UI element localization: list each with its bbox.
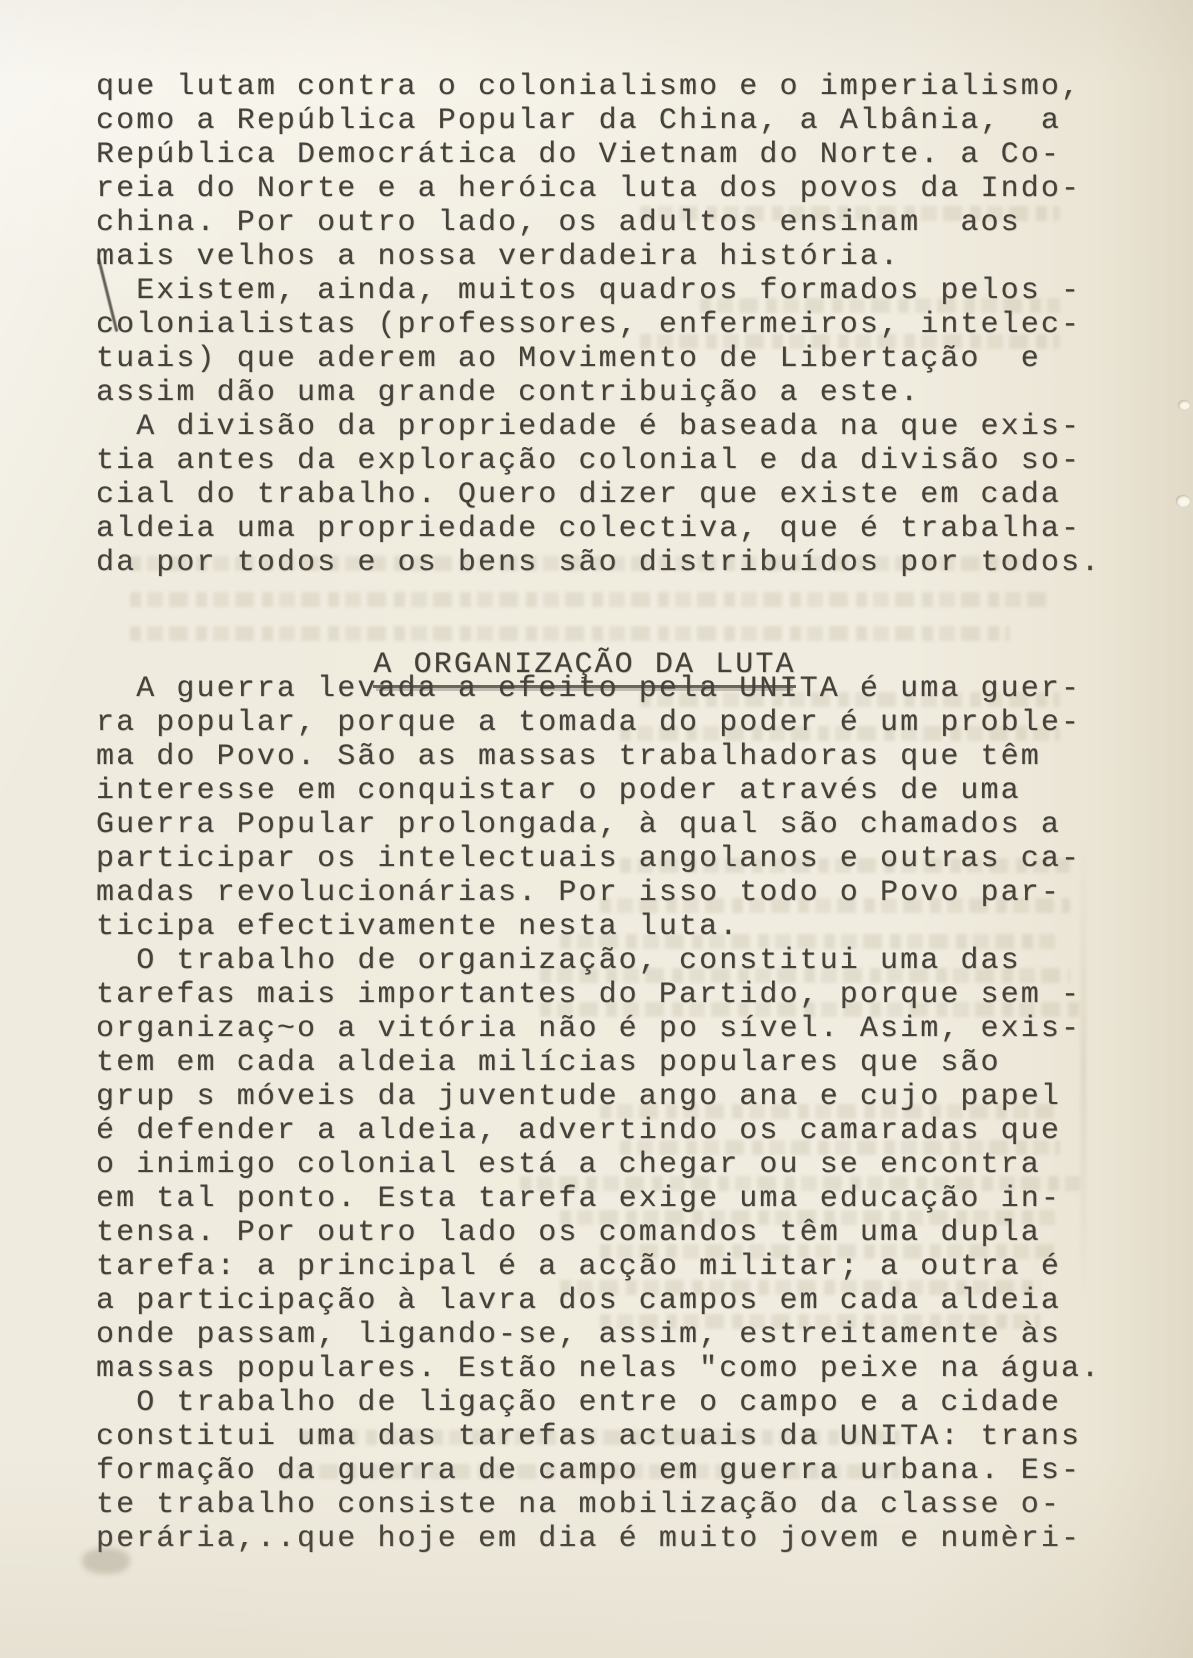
text-line: onde passam, ligando-se, assim, estreita… xyxy=(96,1318,1146,1352)
text-line: tuais) que aderem ao Movimento de Libert… xyxy=(96,342,1146,376)
paper-speck xyxy=(1178,400,1190,410)
paper-crease xyxy=(1082,840,1085,1300)
scanned-document-page: que lutam contra o colonialismo e o impe… xyxy=(0,0,1193,1658)
text-line: ma do Povo. São as massas trabalhadoras … xyxy=(96,740,1146,774)
text-line: tarefa: a principal é a acção militar; a… xyxy=(96,1250,1146,1284)
text-line: madas revolucionárias. Por isso todo o P… xyxy=(96,876,1146,910)
text-line: tensa. Por outro lado os comandos têm um… xyxy=(96,1216,1146,1250)
text-line: cial do trabalho. Quero dizer que existe… xyxy=(96,478,1146,512)
text-line: interesse em conquistar o poder através … xyxy=(96,774,1146,808)
text-line: aldeia uma propriedade colectiva, que é … xyxy=(96,512,1146,546)
text-line: República Democrática do Vietnam do Nort… xyxy=(96,138,1146,172)
text-line: constitui uma das tarefas actuais da UNI… xyxy=(96,1420,1146,1454)
text-line: A divisão da propriedade é baseada na qu… xyxy=(96,410,1146,444)
text-line: A guerra levada a efeito pela UNITA é um… xyxy=(96,672,1146,706)
text-line: perária,..que hoje em dia é muito jovem … xyxy=(96,1522,1146,1556)
text-line: que lutam contra o colonialismo e o impe… xyxy=(96,70,1146,104)
text-line: da por todos e os bens são distribuídos … xyxy=(96,546,1146,580)
text-line: massas populares. Estão nelas "como peix… xyxy=(96,1352,1146,1386)
paper-speck xyxy=(1176,495,1190,507)
text-line: em tal ponto. Esta tarefa exige uma educ… xyxy=(96,1182,1146,1216)
text-line: é defender a aldeia, advertindo os camar… xyxy=(96,1114,1146,1148)
text-line: tarefas mais importantes do Partido, por… xyxy=(96,978,1146,1012)
text-line: tia antes da exploração colonial e da di… xyxy=(96,444,1146,478)
text-line: a participação à lavra dos campos em cad… xyxy=(96,1284,1146,1318)
text-line: china. Por outro lado, os adultos ensina… xyxy=(96,206,1146,240)
text-line: O trabalho de organização, constitui uma… xyxy=(96,944,1146,978)
text-line: assim dão uma grande contribuição a este… xyxy=(96,376,1146,410)
text-line: reia do Norte e a heróica luta dos povos… xyxy=(96,172,1146,206)
body-text-lower: A guerra levada a efeito pela UNITA é um… xyxy=(96,672,1146,1556)
text-line: participar os intelectuais angolanos e o… xyxy=(96,842,1146,876)
text-line: tem em cada aldeia milícias populares qu… xyxy=(96,1046,1146,1080)
text-line: ticipa efectivamente nesta luta. xyxy=(96,910,1146,944)
text-line: Existem, ainda, muitos quadros formados … xyxy=(96,274,1146,308)
body-text-upper: que lutam contra o colonialismo e o impe… xyxy=(96,70,1146,580)
footer-smudge xyxy=(82,1548,130,1574)
text-line: como a República Popular da China, a Alb… xyxy=(96,104,1146,138)
text-line: Guerra Popular prolongada, à qual são ch… xyxy=(96,808,1146,842)
text-line: grup s móveis da juventude ango ana e cu… xyxy=(96,1080,1146,1114)
text-line: o inimigo colonial está a chegar ou se e… xyxy=(96,1148,1146,1182)
text-line: colonialistas (professores, enfermeiros,… xyxy=(96,308,1146,342)
text-line: O trabalho de ligação entre o campo e a … xyxy=(96,1386,1146,1420)
text-line: mais velhos a nossa verdadeira história. xyxy=(96,240,1146,274)
text-line: te trabalho consiste na mobilização da c… xyxy=(96,1488,1146,1522)
text-line: formação da guerra de campo em guerra ur… xyxy=(96,1454,1146,1488)
text-line: ra popular, porque a tomada do poder é u… xyxy=(96,706,1146,740)
bleed-through-smudge xyxy=(130,592,1050,607)
text-line: organizaç~o a vitória não é po sível. As… xyxy=(96,1012,1146,1046)
